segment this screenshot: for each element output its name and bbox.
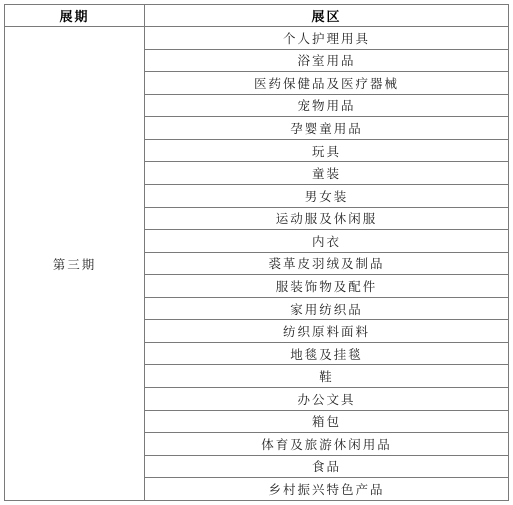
zone-cell: 玩具 [145, 139, 509, 162]
zone-cell: 裘革皮羽绒及制品 [145, 252, 509, 275]
header-row: 展期 展区 [5, 5, 509, 27]
zone-cell: 地毯及挂毯 [145, 342, 509, 365]
zone-cell: 办公文具 [145, 388, 509, 411]
zone-cell: 个人护理用具 [145, 27, 509, 50]
zone-cell: 孕婴童用品 [145, 117, 509, 140]
zone-cell: 乡村振兴特色产品 [145, 478, 509, 501]
zone-cell: 童装 [145, 162, 509, 185]
zone-cell: 医药保健品及医疗器械 [145, 72, 509, 95]
zone-cell: 箱包 [145, 410, 509, 433]
zone-cell: 浴室用品 [145, 49, 509, 72]
table-row: 第三期个人护理用具 [5, 27, 509, 50]
zone-cell: 体育及旅游休闲用品 [145, 433, 509, 456]
zone-cell: 内衣 [145, 230, 509, 253]
zone-cell: 食品 [145, 455, 509, 478]
zone-cell: 服装饰物及配件 [145, 275, 509, 298]
zone-cell: 宠物用品 [145, 94, 509, 117]
header-phase: 展期 [5, 5, 145, 27]
phase-cell: 第三期 [5, 27, 145, 501]
zone-cell: 家用纺织品 [145, 297, 509, 320]
zone-cell: 鞋 [145, 365, 509, 388]
zone-cell: 男女装 [145, 184, 509, 207]
zone-cell: 运动服及休闲服 [145, 207, 509, 230]
zone-cell: 纺织原料面料 [145, 320, 509, 343]
exhibition-zone-table: 展期 展区 第三期个人护理用具浴室用品医药保健品及医疗器械宠物用品孕婴童用品玩具… [4, 4, 509, 501]
header-zone: 展区 [145, 5, 509, 27]
